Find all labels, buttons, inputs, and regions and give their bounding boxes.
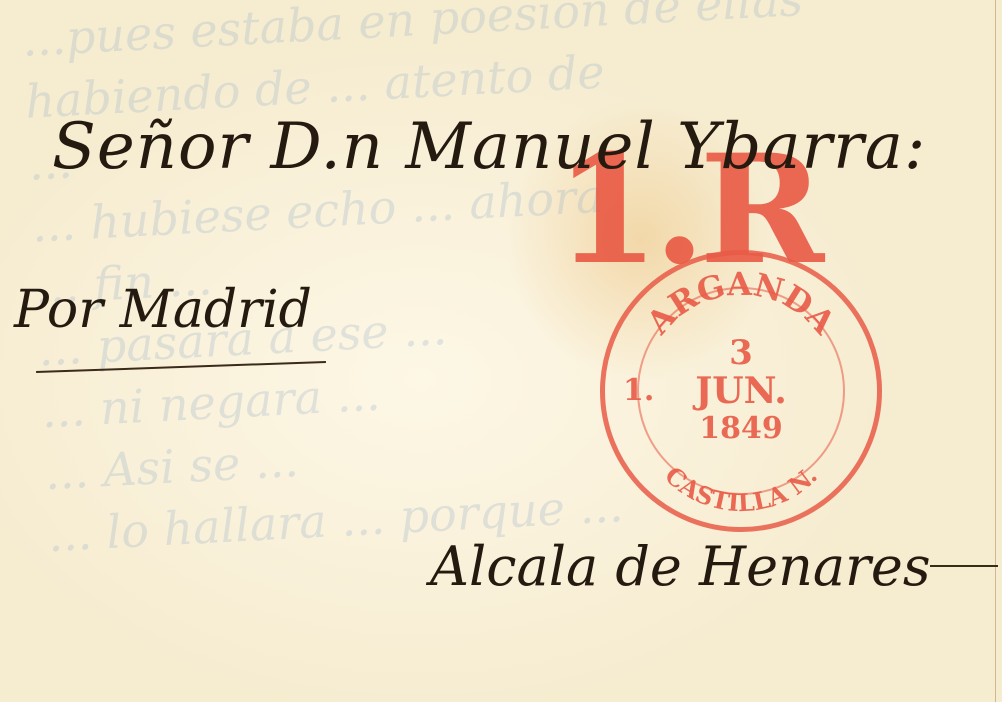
routing-underline <box>36 361 326 373</box>
destination-line: Alcala de Henares <box>430 535 931 598</box>
datestamp-region: CASTILLA N. <box>659 461 823 518</box>
paper-fold-edge <box>995 0 996 702</box>
circular-datestamp: ARGANDA CASTILLA N. 1. 3 JUN. 1849 <box>600 250 882 532</box>
letter-cover: ...pues estaba en poesion de ellas habie… <box>0 0 1002 702</box>
svg-text:ARGANDA: ARGANDA <box>638 265 843 342</box>
datestamp-town: ARGANDA <box>638 265 843 342</box>
datestamp-year: 1849 <box>605 411 877 446</box>
datestamp-month: JUN. <box>605 370 877 412</box>
svg-text:CASTILLA N.: CASTILLA N. <box>659 461 823 518</box>
addressee-line: Señor D.n Manuel Ybarra: <box>52 110 926 184</box>
destination-flourish <box>930 565 998 567</box>
routing-line: Por Madrid <box>14 280 312 340</box>
datestamp-day: 3 <box>605 333 877 373</box>
